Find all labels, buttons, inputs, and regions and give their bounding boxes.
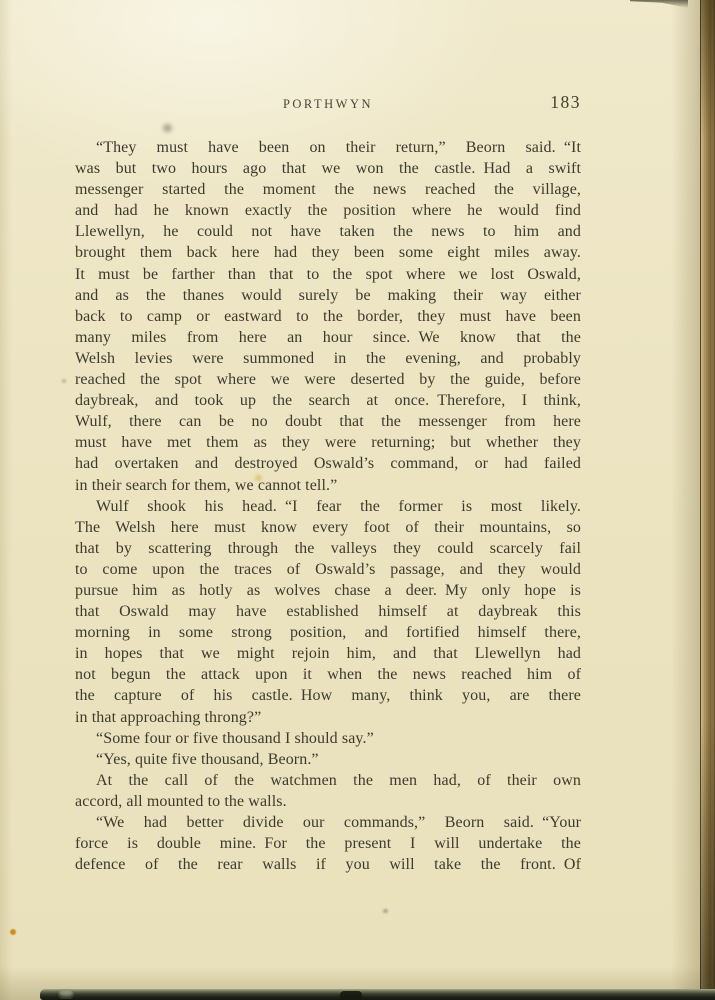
text-line: Welsh levies were summoned in the evenin… — [75, 348, 581, 369]
cover-edge-highlight — [58, 989, 74, 999]
text-line: “We had better divide our commands,” Beo… — [75, 812, 581, 833]
text-line: the capture of his castle. How many, thi… — [75, 685, 581, 706]
text-line: many miles from here an hour since. We k… — [75, 327, 581, 348]
text-block: “They must have been on their return,” B… — [75, 137, 581, 875]
text-line: to come upon the traces of Oswald’s pass… — [75, 559, 581, 580]
text-line: “Yes, quite five thousand, Beorn.” — [75, 749, 581, 770]
text-line: force is double mine. For the present I … — [75, 833, 581, 854]
text-line: in that approaching throng?” — [75, 707, 581, 728]
book-page: PORTHWYN 183 “They must have been on the… — [0, 0, 701, 1000]
text-line: must have met them as they were returnin… — [75, 432, 581, 453]
text-line: had overtaken and destroyed Oswald’s com… — [75, 453, 581, 474]
book-cover-edge — [40, 989, 715, 1000]
text-line: brought them back here had they been som… — [75, 242, 581, 263]
text-line: and as the thanes would surely be making… — [75, 285, 581, 306]
scan-speck — [62, 379, 66, 383]
text-line: back to camp or eastward to the border, … — [75, 306, 581, 327]
book-fore-edge — [700, 0, 715, 1000]
text-line: that Oswald may have established himself… — [75, 601, 581, 622]
text-line: The Welsh here must know every foot of t… — [75, 517, 581, 538]
text-line: defence of the rear walls if you will ta… — [75, 854, 581, 875]
cover-edge-shadow — [340, 991, 362, 1000]
text-line: Llewellyn, he could not have taken the n… — [75, 221, 581, 242]
text-line: morning in some strong position, and for… — [75, 622, 581, 643]
text-line: not begun the attack upon it when the ne… — [75, 664, 581, 685]
page-corner-shadow — [630, 0, 688, 8]
text-line: in their search for them, we cannot tell… — [75, 475, 581, 496]
text-line: that by scattering through the valleys t… — [75, 538, 581, 559]
text-line: was but two hours ago that we won the ca… — [75, 158, 581, 179]
text-line: Wulf, there can be no doubt that the mes… — [75, 411, 581, 432]
paper-stain — [10, 929, 16, 935]
text-line: messenger started the moment the news re… — [75, 179, 581, 200]
text-line: reached the spot where we were deserted … — [75, 369, 581, 390]
running-title: PORTHWYN — [75, 94, 581, 114]
scan-speck — [383, 909, 388, 913]
text-line: At the call of the watchmen the men had,… — [75, 770, 581, 791]
text-line: accord, all mounted to the walls. — [75, 791, 581, 812]
text-line: It must be farther than that to the spot… — [75, 264, 581, 285]
text-line: “They must have been on their return,” B… — [75, 137, 581, 158]
text-line: in hopes that we might rejoin him, and t… — [75, 643, 581, 664]
page-number: 183 — [550, 92, 581, 112]
text-line: Wulf shook his head. “I fear the former … — [75, 496, 581, 517]
scan-smudge — [163, 124, 172, 132]
running-head: PORTHWYN 183 — [75, 94, 581, 114]
text-line: and had he known exactly the position wh… — [75, 200, 581, 221]
text-line: pursue him as hotly as wolves chase a de… — [75, 580, 581, 601]
text-line: daybreak, and took up the search at once… — [75, 390, 581, 411]
text-line: “Some four or five thousand I should say… — [75, 728, 581, 749]
